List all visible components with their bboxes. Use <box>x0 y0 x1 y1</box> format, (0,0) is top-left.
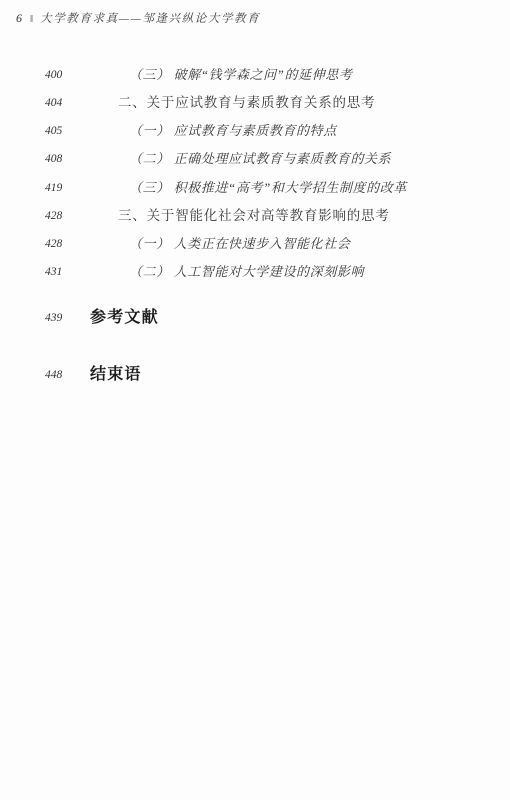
toc-page-number: 400 <box>45 66 62 84</box>
toc-page-number: 405 <box>45 122 62 140</box>
toc-page-number: 428 <box>45 235 62 253</box>
header-page-number: 6 <box>16 11 22 26</box>
toc-entry-label: 结束语 <box>90 365 142 385</box>
toc-page-number: 408 <box>45 150 62 168</box>
toc-entry-label: 三、关于智能化社会对高等教育影响的思考 <box>118 207 390 225</box>
toc-entry: 405 （一） 应试教育与素质教育的特点 <box>0 122 510 140</box>
toc-entry-label: （三） 破解“钱学森之问”的延伸思考 <box>129 66 353 84</box>
toc-entry: 408 （二） 正确处理应试教育与素质教育的关系 <box>0 150 510 168</box>
toc-page-number: 404 <box>45 94 62 112</box>
toc-entry-label: 二、关于应试教育与素质教育关系的思考 <box>118 94 375 112</box>
book-toc-page: 6 ‖ 大学教育求真——邹逢兴纵论大学教育 400 （三） 破解“钱学森之问”的… <box>0 0 510 800</box>
toc-entry-label: （二） 正确处理应试教育与素质教育的关系 <box>129 150 391 168</box>
toc-entry-label: 参考文献 <box>90 308 159 328</box>
toc-entry: 400 （三） 破解“钱学森之问”的延伸思考 <box>0 66 510 84</box>
header-running-title: 大学教育求真——邹逢兴纵论大学教育 <box>40 10 260 26</box>
toc-entry-label: （一） 应试教育与素质教育的特点 <box>129 122 337 140</box>
toc-entry: 428 （一） 人类正在快速步入智能化社会 <box>0 235 510 253</box>
toc-page-number: 439 <box>45 308 62 328</box>
toc-entry: 439 参考文献 <box>0 308 510 328</box>
toc-entry: 428 三、关于智能化社会对高等教育影响的思考 <box>0 207 510 225</box>
toc-entry-label: （二） 人工智能对大学建设的深刻影响 <box>129 263 364 281</box>
toc-entry-label: （一） 人类正在快速步入智能化社会 <box>129 235 350 253</box>
toc-entry: 404 二、关于应试教育与素质教育关系的思考 <box>0 94 510 112</box>
toc-entry: 448 结束语 <box>0 365 510 385</box>
toc-entry: 431 （二） 人工智能对大学建设的深刻影响 <box>0 263 510 281</box>
toc-entry-label: （三） 积极推进“高考”和大学招生制度的改革 <box>129 179 407 197</box>
header-divider-icon: ‖ <box>30 13 33 25</box>
toc-page-number: 419 <box>45 179 62 197</box>
toc-page-number: 431 <box>45 263 62 281</box>
toc-entry: 419 （三） 积极推进“高考”和大学招生制度的改革 <box>0 179 510 197</box>
toc-page-number: 448 <box>45 365 62 385</box>
running-header: 6 ‖ 大学教育求真——邹逢兴纵论大学教育 <box>16 10 260 26</box>
toc-page-number: 428 <box>45 207 62 225</box>
